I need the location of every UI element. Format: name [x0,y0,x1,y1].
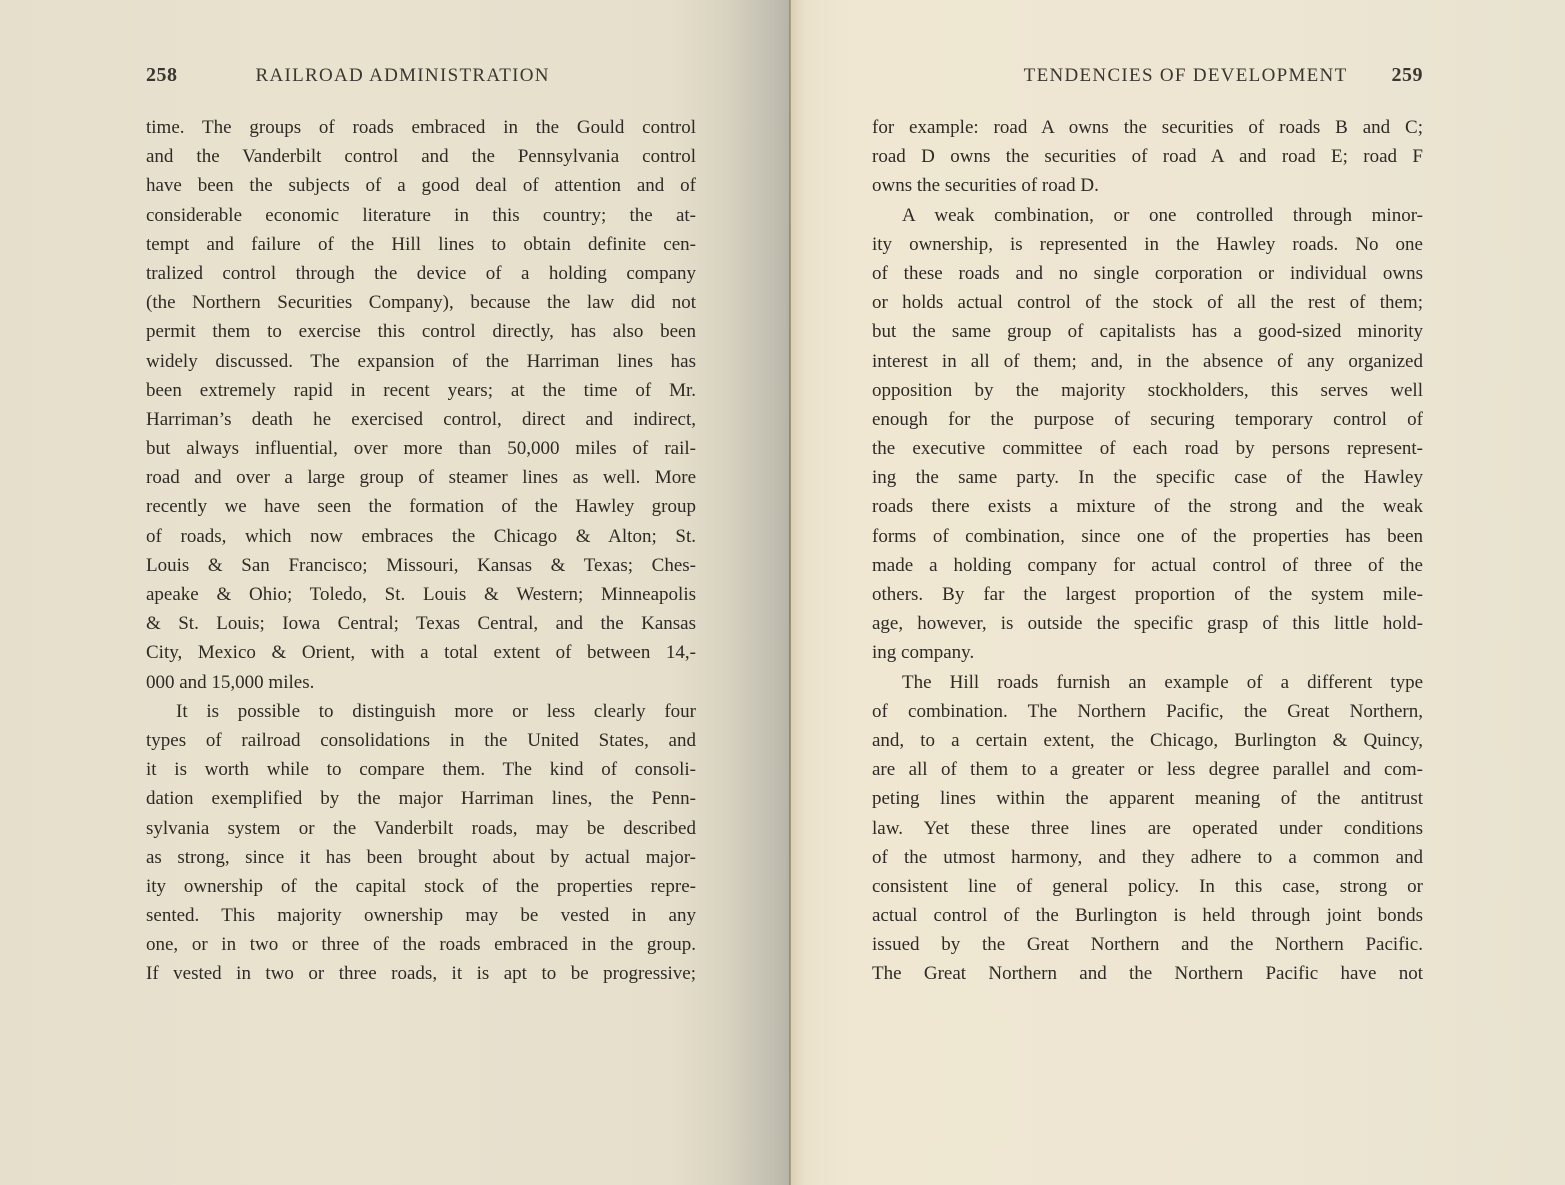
text-line: or holds actual control of the stock of … [872,288,1423,317]
text-line: Harriman’s death he exercised control, d… [146,405,696,434]
text-line: ity ownership of the capital stock of th… [146,872,696,901]
text-line: Louis & San Francisco; Missouri, Kansas … [146,551,696,580]
text-line: owns the securities of road D. [872,171,1423,200]
text-line: interest in all of them; and, in the abs… [872,347,1423,376]
left-body-text: time. The groups of roads embraced in th… [146,113,696,989]
text-line: of roads, which now embraces the Chicago… [146,522,696,551]
text-line: 000 and 15,000 miles. [146,668,696,697]
left-page: 258 RAILROAD ADMINISTRATION time. The gr… [0,0,790,1185]
text-line: sented. This majority ownership may be v… [146,901,696,930]
text-line: one, or in two or three of the roads emb… [146,930,696,959]
right-running-head: TENDENCIES OF DEVELOPMENT 259 [876,64,1423,87]
text-line: City, Mexico & Orient, with a total exte… [146,638,696,667]
text-line: dation exemplified by the major Harriman… [146,784,696,813]
text-line: of combination. The Northern Pacific, th… [872,697,1423,726]
paragraph-start: It is possible to distinguish more or le… [146,697,696,726]
text-line: & St. Louis; Iowa Central; Texas Central… [146,609,696,638]
book-gutter [789,0,791,1185]
left-running-head: 258 RAILROAD ADMINISTRATION [146,64,696,87]
paragraph-start: A weak combination, or one controlled th… [872,201,1423,230]
text-line: but always influential, over more than 5… [146,434,696,463]
text-line: time. The groups of roads embraced in th… [146,113,696,142]
text-line: peting lines within the apparent meaning… [872,784,1423,813]
page-number: 258 [146,64,178,87]
text-line: enough for the purpose of securing tempo… [872,405,1423,434]
text-line: If vested in two or three roads, it is a… [146,959,696,988]
right-page: TENDENCIES OF DEVELOPMENT 259 for exampl… [790,0,1565,1185]
text-line: roads there exists a mixture of the stro… [872,492,1423,521]
text-line: issued by the Great Northern and the Nor… [872,930,1423,959]
text-line: have been the subjects of a good deal of… [146,171,696,200]
text-line: widely discussed. The expansion of the H… [146,347,696,376]
text-line: been extremely rapid in recent years; at… [146,376,696,405]
text-line: considerable economic literature in this… [146,201,696,230]
text-line: and, to a certain extent, the Chicago, B… [872,726,1423,755]
text-line: ing company. [872,638,1423,667]
chapter-title: RAILROAD ADMINISTRATION [256,65,550,87]
text-line: permit them to exercise this control dir… [146,317,696,346]
text-line: actual control of the Burlington is held… [872,901,1423,930]
text-line: the executive committee of each road by … [872,434,1423,463]
text-line: tralized control through the device of a… [146,259,696,288]
text-line: opposition by the majority stockholders,… [872,376,1423,405]
text-line: sylvania system or the Vanderbilt roads,… [146,814,696,843]
text-line: but the same group of capitalists has a … [872,317,1423,346]
text-line: of the utmost harmony, and they adhere t… [872,843,1423,872]
book-spread: 258 RAILROAD ADMINISTRATION time. The gr… [0,0,1565,1185]
text-line: The Great Northern and the Northern Paci… [872,959,1423,988]
text-line: (the Northern Securities Company), becau… [146,288,696,317]
text-line: age, however, is outside the specific gr… [872,609,1423,638]
text-line: ity ownership, is represented in the Haw… [872,230,1423,259]
text-line: ing the same party. In the specific case… [872,463,1423,492]
text-line: tempt and failure of the Hill lines to o… [146,230,696,259]
text-line: it is worth while to compare them. The k… [146,755,696,784]
text-line: recently we have seen the formation of t… [146,492,696,521]
text-line: types of railroad consolidations in the … [146,726,696,755]
text-line: for example: road A owns the securities … [872,113,1423,142]
page-number: 259 [1392,64,1424,87]
text-line: law. Yet these three lines are operated … [872,814,1423,843]
text-line: consistent line of general policy. In th… [872,872,1423,901]
text-line: road and over a large group of steamer l… [146,463,696,492]
text-line: road D owns the securities of road A and… [872,142,1423,171]
text-line: as strong, since it has been brought abo… [146,843,696,872]
chapter-title: TENDENCIES OF DEVELOPMENT [1024,65,1348,87]
text-line: and the Vanderbilt control and the Penns… [146,142,696,171]
text-line: are all of them to a greater or less deg… [872,755,1423,784]
text-line: apeake & Ohio; Toledo, St. Louis & Weste… [146,580,696,609]
right-body-text: for example: road A owns the securities … [872,113,1423,989]
text-line: of these roads and no single corporation… [872,259,1423,288]
text-line: others. By far the largest proportion of… [872,580,1423,609]
text-line: forms of combination, since one of the p… [872,522,1423,551]
text-line: made a holding company for actual contro… [872,551,1423,580]
paragraph-start: The Hill roads furnish an example of a d… [872,668,1423,697]
